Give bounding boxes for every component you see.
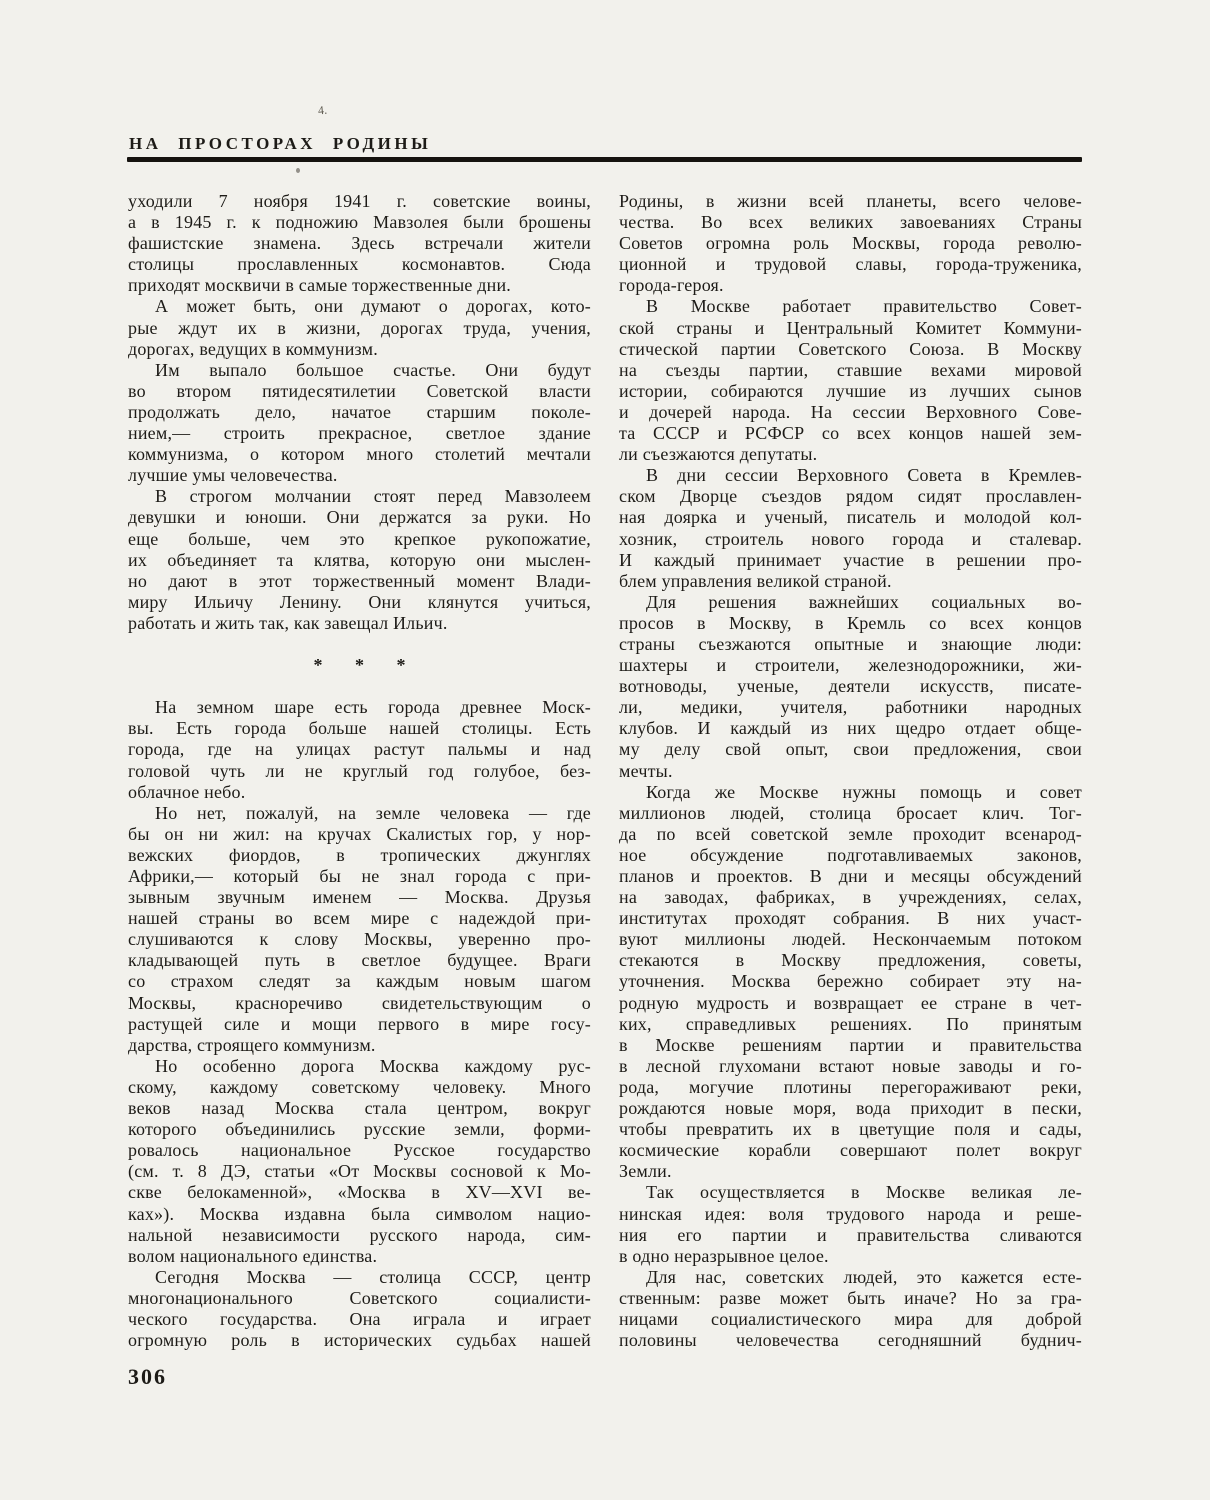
text-line: головой чуть ли не круглый год голубое, … bbox=[128, 761, 591, 782]
right-column: Родины, в жизни всей планеты, всего чело… bbox=[619, 191, 1082, 1351]
text-line: во втором пятидесятилетии Советской влас… bbox=[128, 381, 591, 402]
text-line: слушиваются к слову Москвы, уверенно про… bbox=[128, 929, 591, 950]
text-line: растущей силе и мощи первого в мире госу… bbox=[128, 1014, 591, 1035]
text-line: стекаются в Москву предложения, советы, bbox=[619, 950, 1082, 971]
text-line: ском Дворце съездов рядом сидят прославл… bbox=[619, 486, 1082, 507]
text-line: Сегодня Москва — столица СССР, центр bbox=[128, 1267, 591, 1288]
text-line: Для нас, советских людей, это кажется ес… bbox=[619, 1267, 1082, 1288]
text-line: ния его партии и правительства сливаются bbox=[619, 1225, 1082, 1246]
paragraph: Но нет, пожалуй, на земле человека — где… bbox=[128, 803, 591, 1056]
text-line: планов и проектов. В дни и месяцы обсужд… bbox=[619, 866, 1082, 887]
text-line: нашей страны во всем мире с надеждой при… bbox=[128, 908, 591, 929]
text-line: ровалось национальное Русское государств… bbox=[128, 1140, 591, 1161]
text-line: та СССР и РСФСР со всех концов нашей зем… bbox=[619, 423, 1082, 444]
text-line: Так осуществляется в Москве великая ле- bbox=[619, 1182, 1082, 1203]
text-line: ная доярка и ученый, писатель и молодой … bbox=[619, 507, 1082, 528]
text-line: Когда же Москве нужны помощь и совет bbox=[619, 782, 1082, 803]
text-line: а в 1945 г. к подножию Мавзолея были бро… bbox=[128, 212, 591, 233]
text-line: ческого государства. Она играла и играет bbox=[128, 1309, 591, 1330]
paragraph: Для нас, советских людей, это кажется ес… bbox=[619, 1267, 1082, 1351]
text-line: лучшие умы человечества. bbox=[128, 465, 591, 486]
text-line: миру Ильичу Ленину. Они клянутся учиться… bbox=[128, 592, 591, 613]
scan-speck bbox=[296, 168, 300, 173]
text-line: скве белокаменной», «Москва в XV—XVI ве- bbox=[128, 1182, 591, 1203]
section-separator: * * * bbox=[128, 634, 591, 697]
text-line: Но особенно дорога Москва каждому рус- bbox=[128, 1056, 591, 1077]
paragraph: В строгом молчании стоят перед Мавзолеем… bbox=[128, 486, 591, 634]
book-page: 4. НА ПРОСТОРАХ РОДИНЫ уходили 7 ноября … bbox=[0, 0, 1210, 1500]
text-line: работать и жить так, как завещал Ильич. bbox=[128, 613, 591, 634]
text-line: нинская идея: воля трудового народа и ре… bbox=[619, 1204, 1082, 1225]
text-line: рые ждут их в жизни, дорогах труда, учен… bbox=[128, 318, 591, 339]
text-line: Земли. bbox=[619, 1161, 1082, 1182]
text-line: (см. т. 8 ДЭ, статьи «От Москвы сосновой… bbox=[128, 1161, 591, 1182]
text-line: Советов огромна роль Москвы, города рево… bbox=[619, 233, 1082, 254]
text-line: рода, могучие плотины перегораживают рек… bbox=[619, 1077, 1082, 1098]
text-line: чества. Во всех великих завоеваниях Стра… bbox=[619, 212, 1082, 233]
page-number: 306 bbox=[128, 1364, 167, 1390]
text-line: уточнения. Москва бережно собирает эту н… bbox=[619, 971, 1082, 992]
text-line: фашистские знамена. Здесь встречали жите… bbox=[128, 233, 591, 254]
text-line: Для решения важнейших социальных во- bbox=[619, 592, 1082, 613]
text-line: миллионов людей, столица бросает клич. Т… bbox=[619, 803, 1082, 824]
text-line: блем управления великой страной. bbox=[619, 571, 1082, 592]
text-line: на съезды партии, ставшие вехами мировой bbox=[619, 360, 1082, 381]
text-line: да по всей советской земле проходит всен… bbox=[619, 824, 1082, 845]
paragraph: Для решения важнейших социальных во-прос… bbox=[619, 592, 1082, 782]
text-line: В строгом молчании стоят перед Мавзолеем bbox=[128, 486, 591, 507]
text-line: мечты. bbox=[619, 761, 1082, 782]
text-line: ственным: разве может быть иначе? Но за … bbox=[619, 1288, 1082, 1309]
text-line: нием,— строить прекрасное, светлое здани… bbox=[128, 423, 591, 444]
paragraph: Когда же Москве нужны помощь и советмилл… bbox=[619, 782, 1082, 1183]
text-line: ли, медики, учителя, работники народных bbox=[619, 697, 1082, 718]
text-line: их объединяет та клятва, которую они мыс… bbox=[128, 550, 591, 571]
paragraph: Родины, в жизни всей планеты, всего чело… bbox=[619, 191, 1082, 296]
text-line: рождаются новые моря, вода приходит в пе… bbox=[619, 1098, 1082, 1119]
text-line: вотноводы, ученые, деятели искусств, пис… bbox=[619, 676, 1082, 697]
text-line: космические корабли совершают полет вокр… bbox=[619, 1140, 1082, 1161]
text-line: родную мудрость и возвращает ее стране в… bbox=[619, 993, 1082, 1014]
scan-artifact: 4. bbox=[317, 103, 328, 119]
paragraph: В Москве работает правительство Совет-ск… bbox=[619, 296, 1082, 465]
text-line: волом национального единства. bbox=[128, 1246, 591, 1267]
text-line: страны съезжаются опытные и знающие люди… bbox=[619, 634, 1082, 655]
text-line: девушки и юноши. Они держатся за руки. Н… bbox=[128, 507, 591, 528]
text-line: столицы прославленных космонавтов. Сюда bbox=[128, 254, 591, 275]
text-line: Родины, в жизни всей планеты, всего чело… bbox=[619, 191, 1082, 212]
text-line: клубов. И каждый из них щедро отдает общ… bbox=[619, 718, 1082, 739]
text-line: вы. Есть города больше нашей столицы. Ес… bbox=[128, 718, 591, 739]
text-line: многонационального Советского социалисти… bbox=[128, 1288, 591, 1309]
paragraph: Но особенно дорога Москва каждому рус-ск… bbox=[128, 1056, 591, 1267]
text-line: ное обсуждение подготавливаемых законов, bbox=[619, 845, 1082, 866]
text-line: уходили 7 ноября 1941 г. советские воины… bbox=[128, 191, 591, 212]
text-line: скому, каждому советскому человеку. Мног… bbox=[128, 1077, 591, 1098]
text-line: огромную роль в исторических судьбах наш… bbox=[128, 1330, 591, 1351]
text-line: кладывающей путь в светлое будущее. Враг… bbox=[128, 950, 591, 971]
text-line: Но нет, пожалуй, на земле человека — где bbox=[128, 803, 591, 824]
paragraph: А может быть, они думают о дорогах, кото… bbox=[128, 296, 591, 359]
text-line: еще больше, чем это крепкое рукопожатие, bbox=[128, 529, 591, 550]
text-line: ницами социалистического мира для доброй bbox=[619, 1309, 1082, 1330]
text-line: в лесной глухомани встают новые заводы и… bbox=[619, 1056, 1082, 1077]
text-line: приходят москвичи в самые торжественные … bbox=[128, 275, 591, 296]
text-line: половины человечества сегодняшний буднич… bbox=[619, 1330, 1082, 1351]
text-line: веков назад Москва стала центром, вокруг bbox=[128, 1098, 591, 1119]
running-header: НА ПРОСТОРАХ РОДИНЫ bbox=[129, 135, 431, 153]
text-line: ской страны и Центральный Комитет Коммун… bbox=[619, 318, 1082, 339]
paragraph: На земном шаре есть города древнее Моск-… bbox=[128, 697, 591, 802]
text-line: В дни сессии Верховного Совета в Кремлев… bbox=[619, 465, 1082, 486]
text-line: ких, справедливых решениях. По принятым bbox=[619, 1014, 1082, 1035]
text-line: истории, собираются лучшие из лучших сын… bbox=[619, 381, 1082, 402]
text-line: которого объединились русские земли, фор… bbox=[128, 1119, 591, 1140]
text-line: И каждый принимает участие в решении про… bbox=[619, 550, 1082, 571]
text-line: институтах проходят собрания. В них учас… bbox=[619, 908, 1082, 929]
text-line: вежских фиордов, в тропических джунглях bbox=[128, 845, 591, 866]
text-line: вуют миллионы людей. Нескончаемым потоко… bbox=[619, 929, 1082, 950]
text-line: А может быть, они думают о дорогах, кото… bbox=[128, 296, 591, 317]
left-column: уходили 7 ноября 1941 г. советские воины… bbox=[128, 191, 591, 1351]
paragraph: уходили 7 ноября 1941 г. советские воины… bbox=[128, 191, 591, 296]
paragraph: Им выпало большое счастье. Они будутво в… bbox=[128, 360, 591, 487]
text-line: города, где на улицах растут пальмы и на… bbox=[128, 739, 591, 760]
text-line: зывным звучным именем — Москва. Друзья bbox=[128, 887, 591, 908]
text-line: облачное небо. bbox=[128, 782, 591, 803]
text-line: ках»). Москва издавна была символом наци… bbox=[128, 1204, 591, 1225]
text-line: ционной и трудовой славы, города-тружени… bbox=[619, 254, 1082, 275]
text-line: бы он ни жил: на кручах Скалистых гор, у… bbox=[128, 824, 591, 845]
text-line: му делу свой опыт, свои предложения, сво… bbox=[619, 739, 1082, 760]
text-line: дорогах, ведущих в коммунизм. bbox=[128, 339, 591, 360]
text-line: продолжать дело, начатое старшим поколе- bbox=[128, 402, 591, 423]
text-line: и дочерей народа. На сессии Верховного С… bbox=[619, 402, 1082, 423]
text-line: ли съезжаются депутаты. bbox=[619, 444, 1082, 465]
header-rule bbox=[127, 157, 1082, 162]
text-line: шахтеры и строители, железнодорожники, ж… bbox=[619, 655, 1082, 676]
text-line: в одно неразрывное целое. bbox=[619, 1246, 1082, 1267]
text-line: просов в Москву, в Кремль со всех концов bbox=[619, 613, 1082, 634]
text-line: хозник, строитель нового города и сталев… bbox=[619, 529, 1082, 550]
text-line: чтобы превратить их в цветущие поля и са… bbox=[619, 1119, 1082, 1140]
paragraph: Сегодня Москва — столица СССР, центрмног… bbox=[128, 1267, 591, 1351]
text-line: Африки,— который бы не знал города с при… bbox=[128, 866, 591, 887]
paragraph: Так осуществляется в Москве великая ле-н… bbox=[619, 1182, 1082, 1266]
text-columns: уходили 7 ноября 1941 г. советские воины… bbox=[128, 191, 1082, 1351]
text-line: На земном шаре есть города древнее Моск- bbox=[128, 697, 591, 718]
text-line: со страхом следят за каждым новым шагом bbox=[128, 971, 591, 992]
text-line: но дают в этот торжественный момент Влад… bbox=[128, 571, 591, 592]
text-line: коммунизма, о котором много столетий меч… bbox=[128, 444, 591, 465]
text-line: Москвы, красноречиво свидетельствующим о bbox=[128, 993, 591, 1014]
text-line: нальной независимости русского народа, с… bbox=[128, 1225, 591, 1246]
text-line: стической партии Советского Союза. В Мос… bbox=[619, 339, 1082, 360]
text-line: В Москве работает правительство Совет- bbox=[619, 296, 1082, 317]
paragraph: В дни сессии Верховного Совета в Кремлев… bbox=[619, 465, 1082, 592]
text-line: на заводах, фабриках, в учреждениях, сел… bbox=[619, 887, 1082, 908]
text-line: Им выпало большое счастье. Они будут bbox=[128, 360, 591, 381]
text-line: дарства, строящего коммунизм. bbox=[128, 1035, 591, 1056]
text-line: в Москве решениям партии и правительства bbox=[619, 1035, 1082, 1056]
text-line: города-героя. bbox=[619, 275, 1082, 296]
